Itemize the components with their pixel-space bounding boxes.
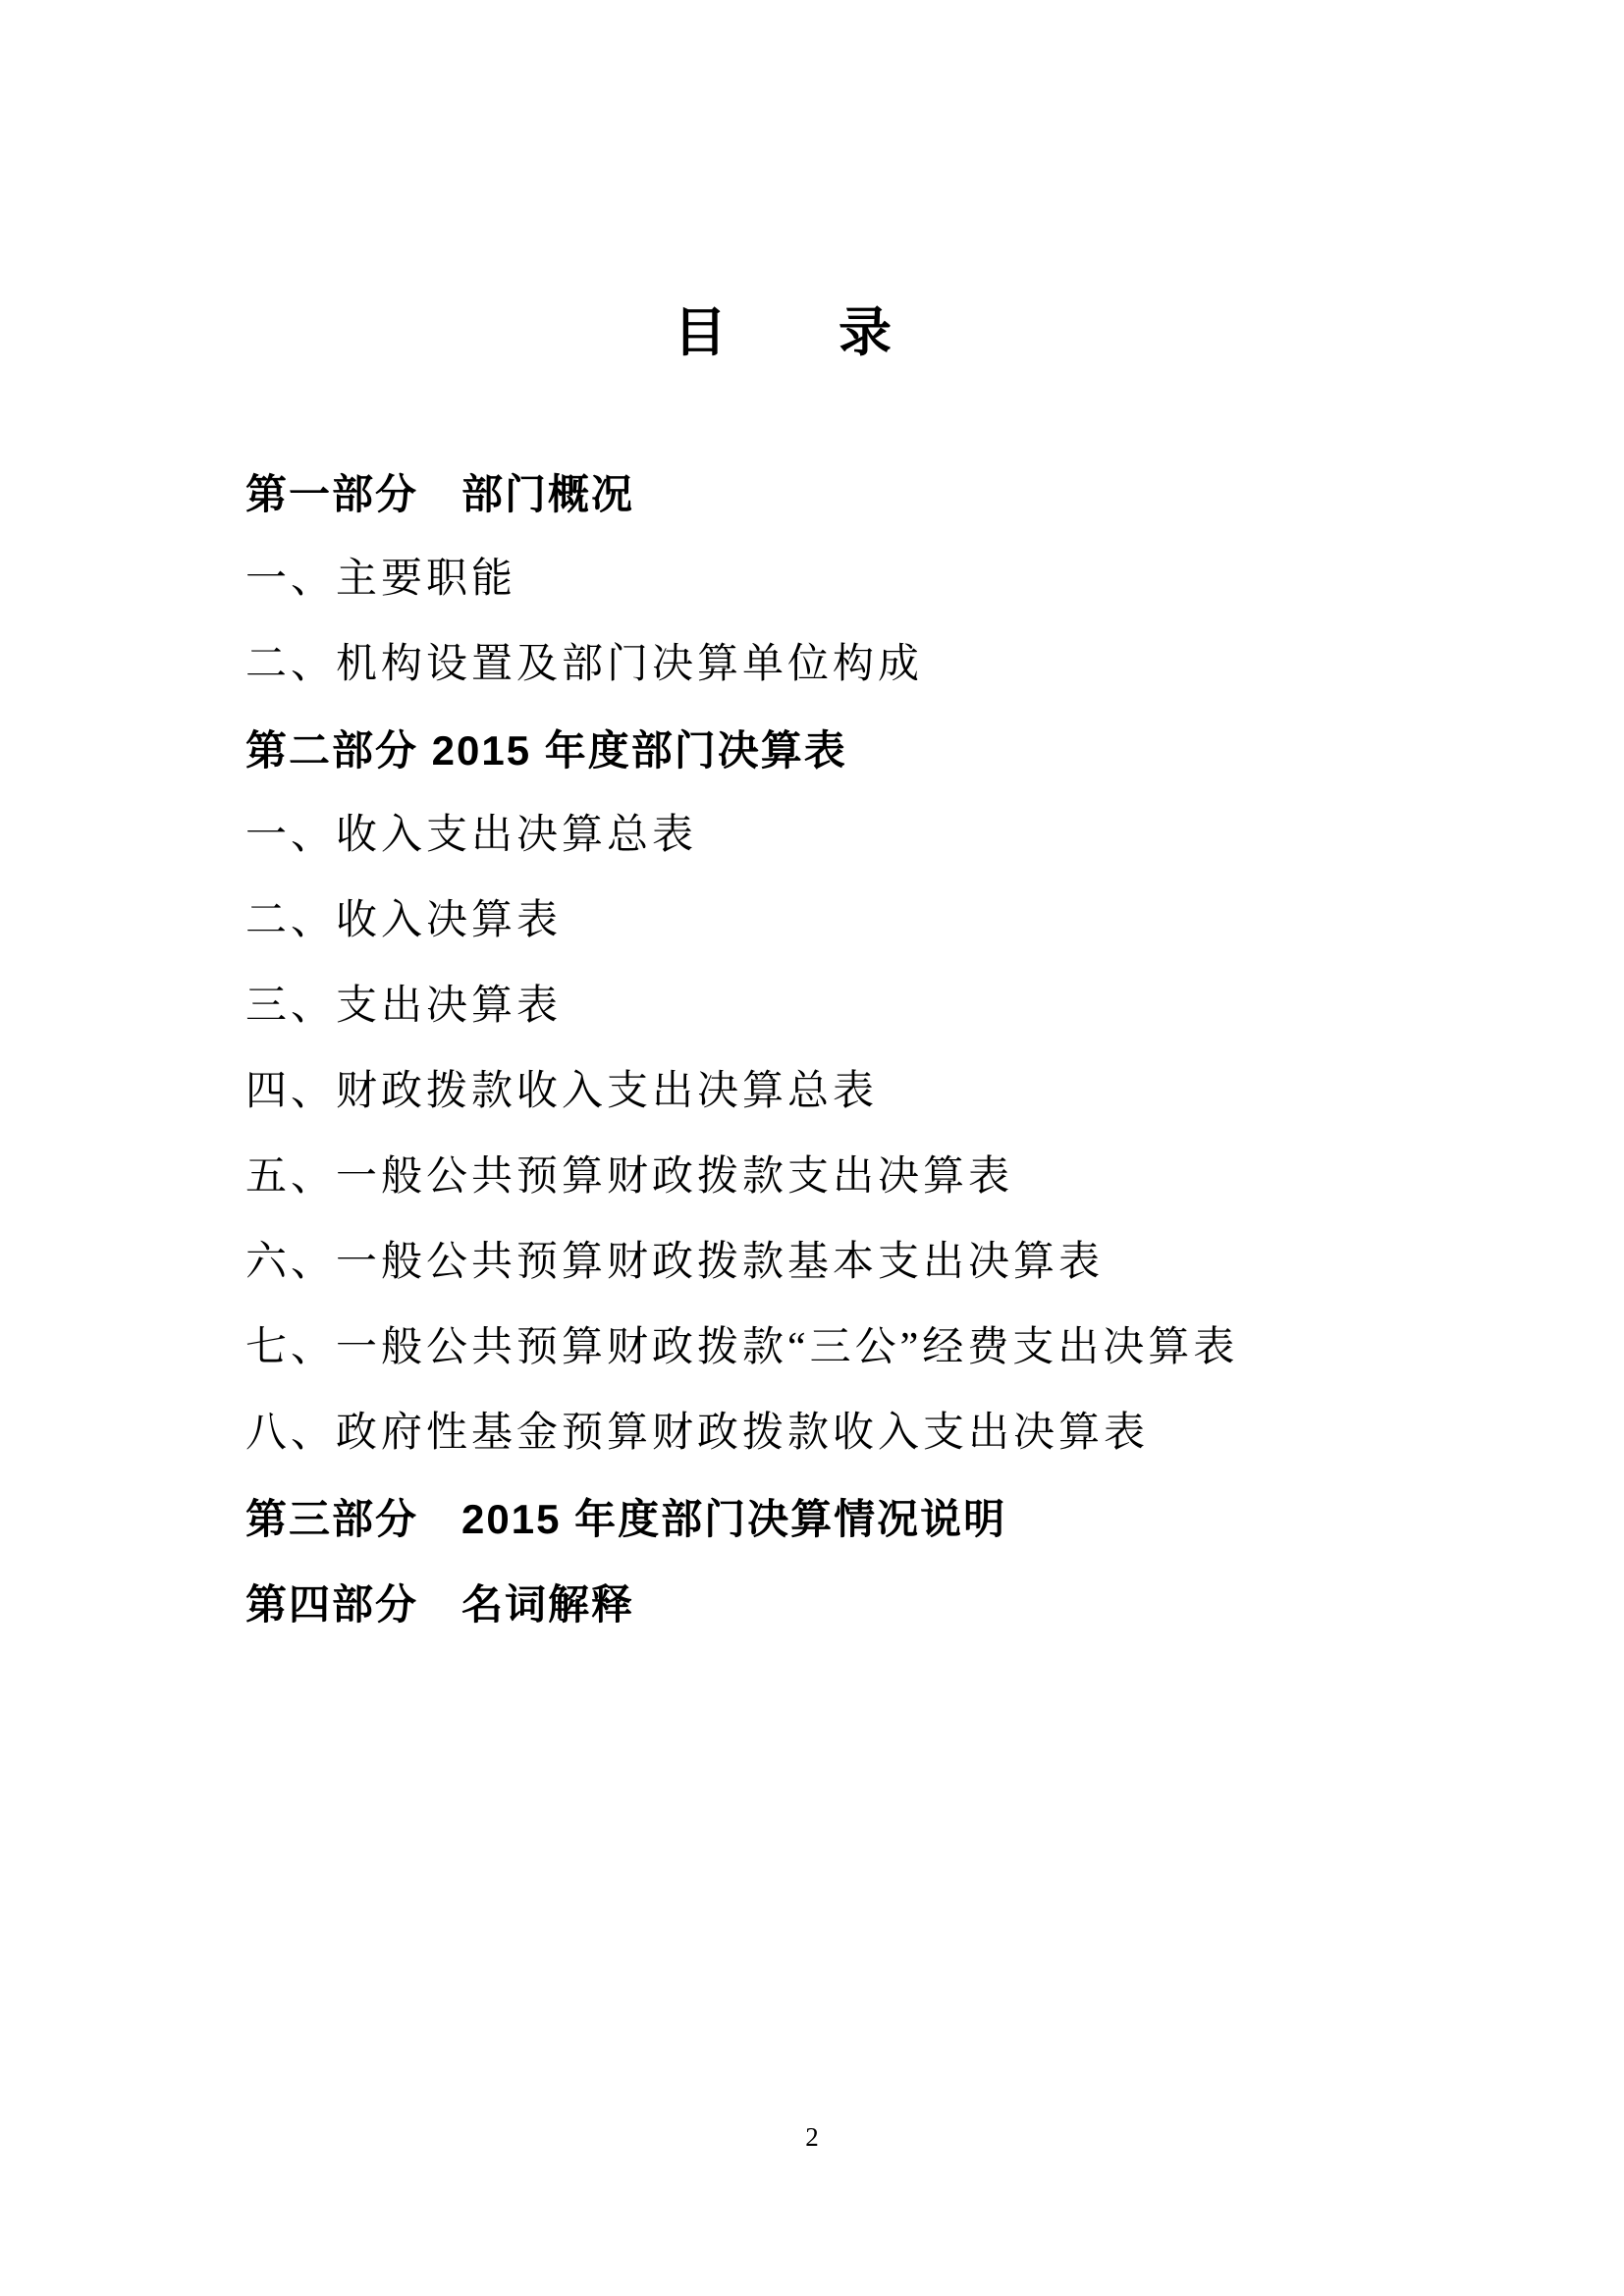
- toc-part2-item-7: 七、一般公共预算财政拨款“三公”经费支出决算表: [245, 1306, 1506, 1391]
- toc-part4-heading: 第四部分 名词解释: [245, 1562, 1506, 1647]
- toc-part2-item-2: 二、收入决算表: [245, 879, 1506, 964]
- toc-part2-item-5: 五、一般公共预算财政拨款支出决算表: [245, 1135, 1506, 1220]
- toc-part2-heading: 第二部分 2015 年度部门决算表: [245, 708, 1506, 793]
- toc-part2-item-1: 一、收入支出决算总表: [245, 793, 1506, 879]
- table-of-contents: 第一部分 部门概况 一、主要职能 二、机构设置及部门决算单位构成 第二部分 20…: [245, 452, 1506, 1647]
- page-number: 2: [0, 2122, 1624, 2153]
- toc-part2-item-4: 四、财政拨款收入支出决算总表: [245, 1049, 1506, 1135]
- page-title: 目 录: [674, 291, 893, 366]
- toc-part1-item-2: 二、机构设置及部门决算单位构成: [245, 622, 1506, 708]
- toc-part1-item-1: 一、主要职能: [245, 537, 1506, 622]
- toc-part1-heading: 第一部分 部门概况: [245, 452, 1506, 537]
- document-page: 目 录 第一部分 部门概况 一、主要职能 二、机构设置及部门决算单位构成 第二部…: [0, 0, 1624, 2296]
- toc-part2-item-3: 三、支出决算表: [245, 964, 1506, 1049]
- toc-part2-item-8: 八、政府性基金预算财政拨款收入支出决算表: [245, 1391, 1506, 1476]
- toc-part2-item-6: 六、一般公共预算财政拨款基本支出决算表: [245, 1220, 1506, 1306]
- toc-part3-heading: 第三部分 2015 年度部门决算情况说明: [245, 1476, 1506, 1562]
